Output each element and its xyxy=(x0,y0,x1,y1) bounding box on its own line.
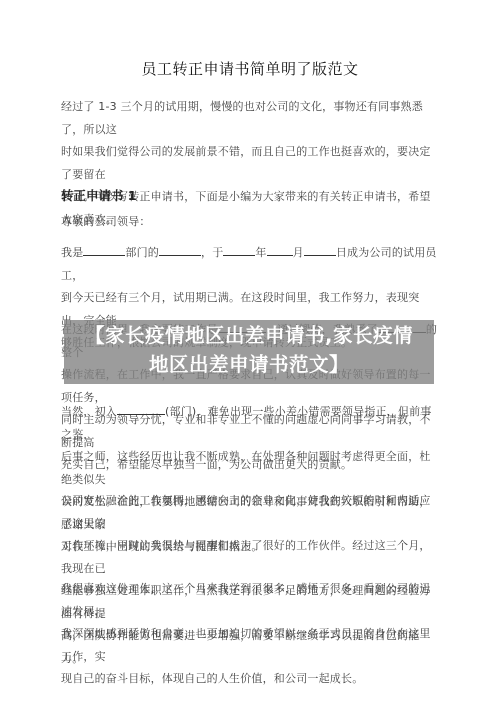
paragraph-line: 后事之师，这些经历也让我不断成熟，在处理各种问题时考虑得更全面，杜绝类似失 xyxy=(61,446,441,491)
fill-blank-day xyxy=(304,243,336,256)
text-fragment: 月 xyxy=(293,246,304,259)
overlay-title-line: 地区出差申请书范文】 xyxy=(64,350,434,379)
paragraph-line: 我深深地感到骄傲和自豪，也更加迫切的希望以一名正式员工的身份在这里工作，实 xyxy=(61,623,441,668)
intro-line: 时如果我们觉得公司的发展前景不错，而且自己的工作也挺喜欢的，要决定了要留在 xyxy=(61,141,441,186)
text-fragment: ，于 xyxy=(201,246,223,259)
fill-blank-department xyxy=(83,243,125,256)
paragraph-line: 当然，初入(部门)，难免出现一些小差小错需要领导指正，但前事之鉴， xyxy=(61,401,441,446)
text-fragment: 我是 xyxy=(61,246,83,259)
text-fragment: 年 xyxy=(255,246,266,259)
overlay-title: 【家长疫情地区出差申请书,家长疫情 地区出差申请书范文】 xyxy=(64,321,434,379)
text-fragment: 当然，初入 xyxy=(61,405,117,418)
fill-blank-month xyxy=(267,243,293,256)
intro-line: 经过了 1-3 三个月的试用期，慢慢的也对公司的文化，事物还有同事熟悉了，所以这 xyxy=(61,96,441,141)
salutation: 尊敬的公司领导： xyxy=(61,211,441,234)
fill-blank-department xyxy=(117,402,165,415)
fill-blank-year xyxy=(223,243,255,256)
overlay-title-line: 【家长疫情地区出差申请书,家长疫情 xyxy=(64,321,434,350)
document-title: 员工转正申请书简单明了版范文 xyxy=(0,58,500,79)
text-fragment: 部门的 xyxy=(125,246,159,259)
paragraph-line: 工作环境，同时让我很快与同事们成为了很好的工作伙伴。经过这三个月，我现在已 xyxy=(61,535,441,580)
paragraph-line: 我很喜欢这份工作，这三个月来我学到了很多，感悟了很多。看到公司的迅速发展， xyxy=(61,578,441,623)
paragraph-line: 公司宽松融洽的工作氛围，团结向上的企业文化，使我在较短的时间内适应了这里的 xyxy=(61,490,441,535)
paragraph-5: 我很喜欢这份工作，这三个月来我学到了很多，感悟了很多。看到公司的迅速发展， 我深… xyxy=(61,578,441,691)
fill-blank-position xyxy=(159,243,201,256)
paragraph-line: 我是部门的，于年月日成为公司的试用员工， xyxy=(61,242,441,287)
paragraph-line: 现自己的奋斗目标，体现自己的人生价值，和公司一起成长。 xyxy=(61,668,441,691)
section-heading: 转正申请书 1 xyxy=(61,186,137,204)
